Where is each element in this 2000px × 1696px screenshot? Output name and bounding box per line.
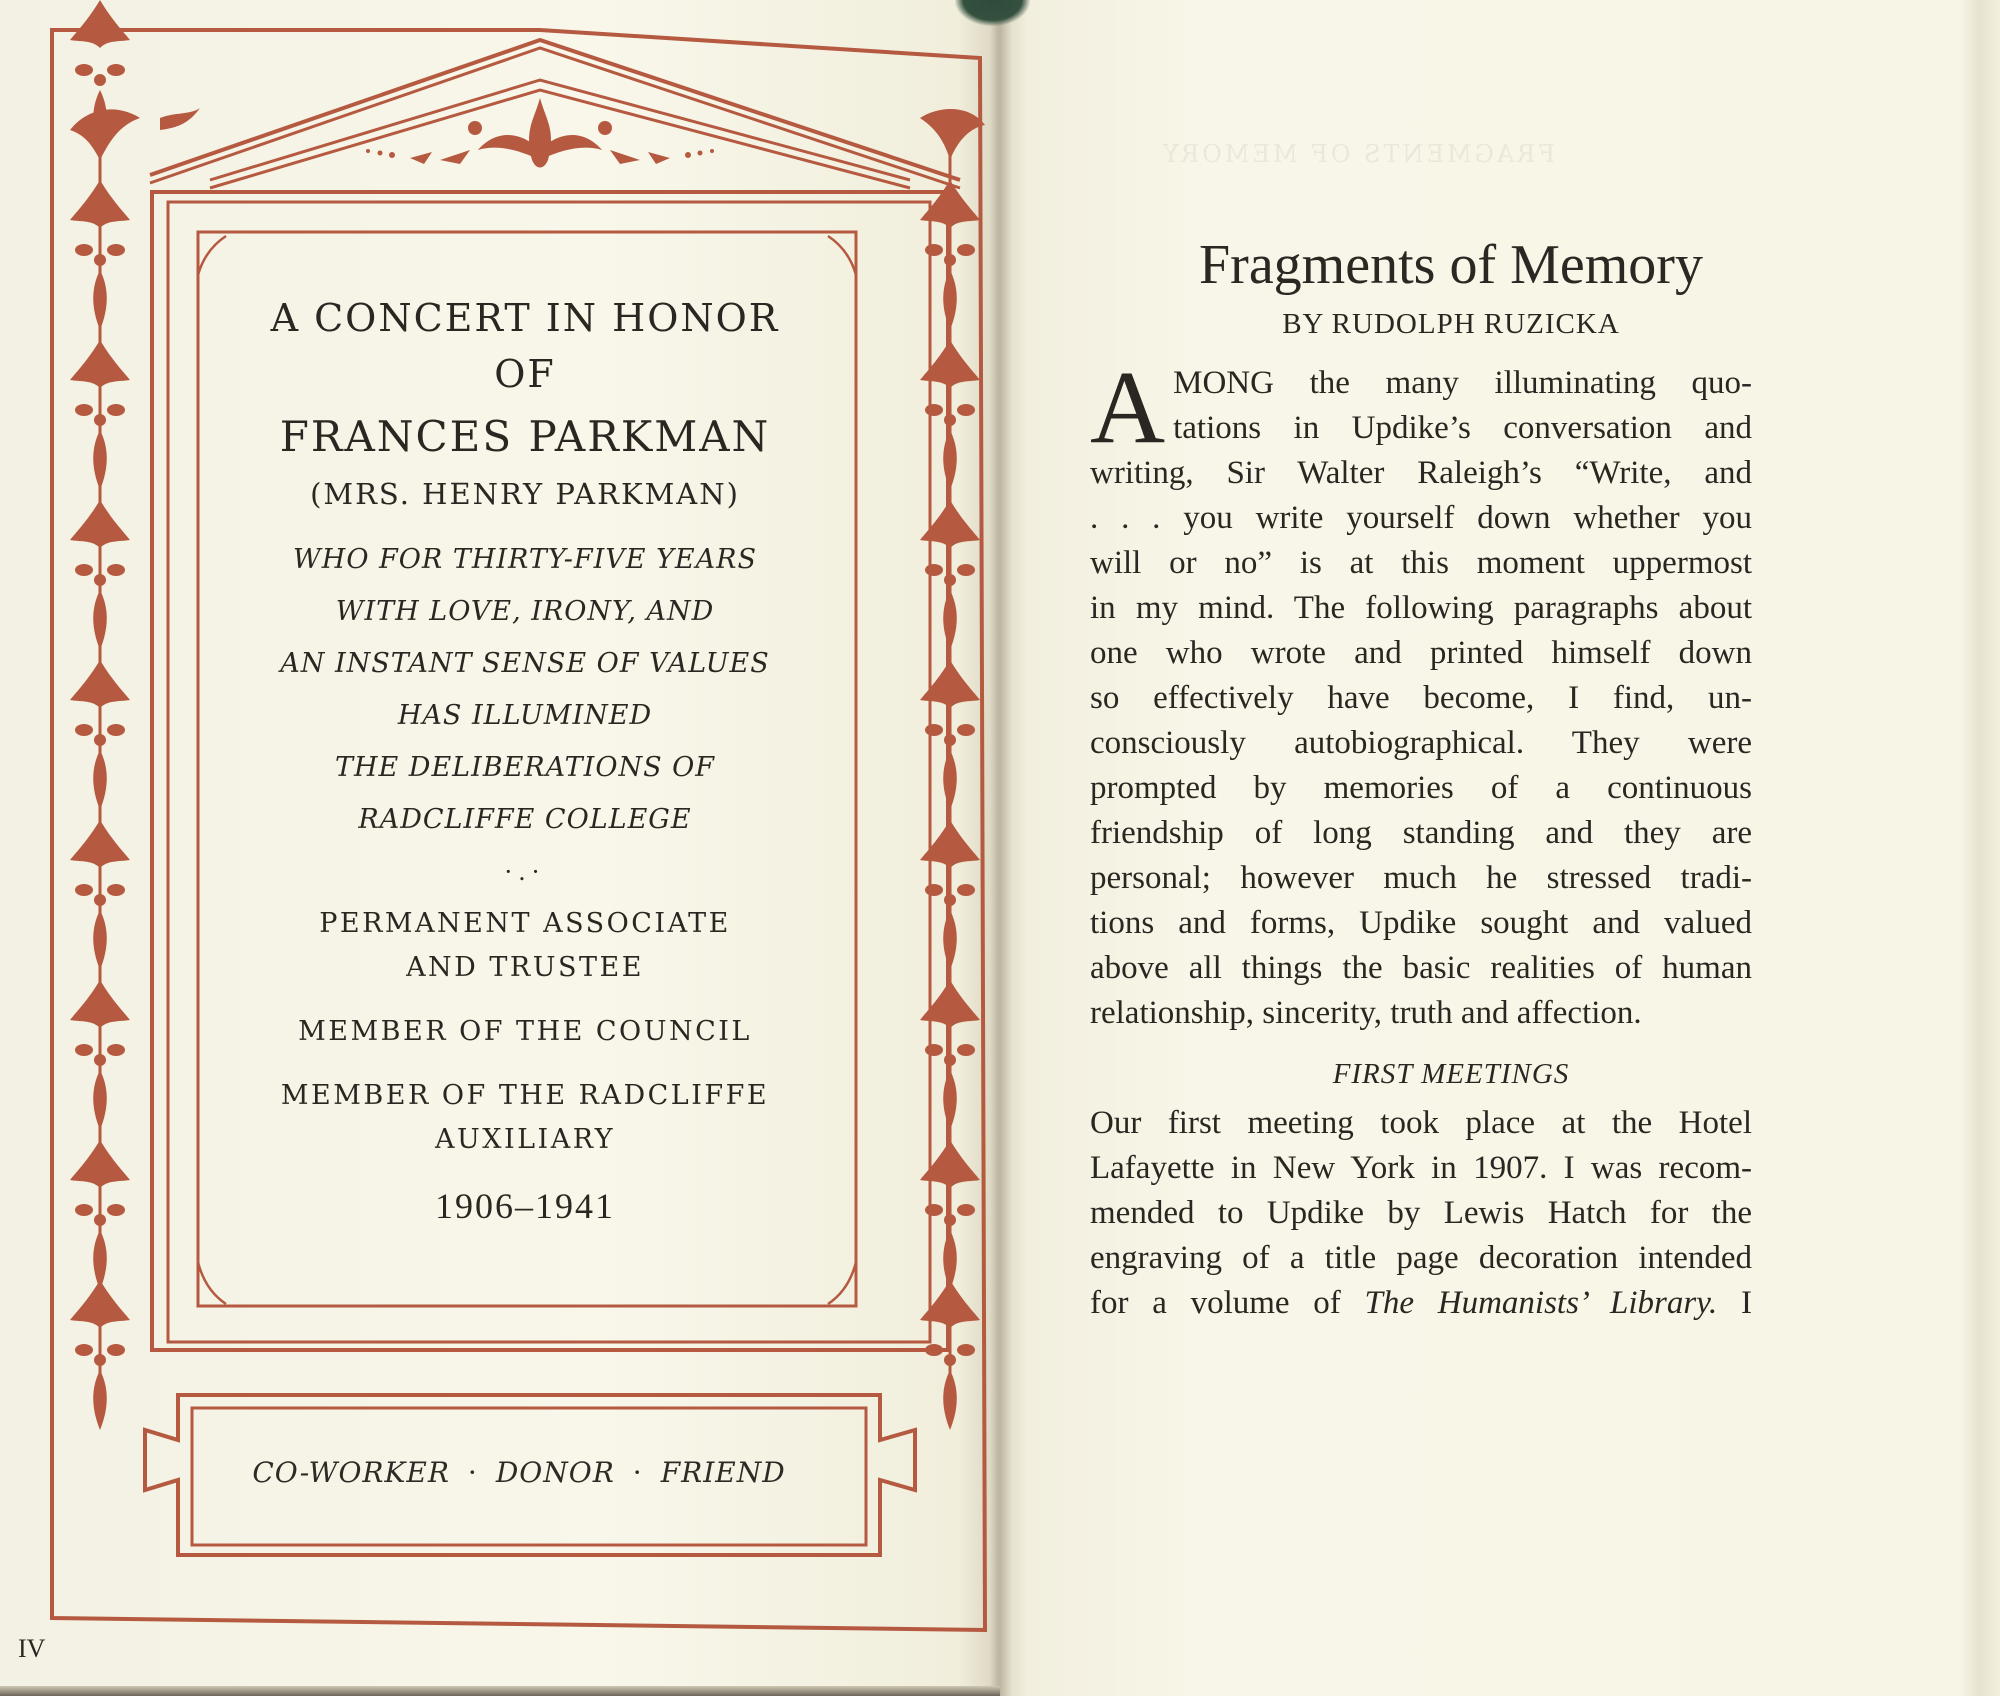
role-line: MEMBER OF THE COUNCIL — [200, 1010, 850, 1054]
tagline-item: DONOR — [496, 1456, 615, 1489]
tribute-line: THE DELIBERATIONS OF — [200, 742, 850, 794]
text-line: in my mind. The following paragraphs abo… — [1090, 586, 1752, 631]
text-line: Lafayette in New York in 1907. I was rec… — [1090, 1146, 1752, 1191]
honoree-name: FRANCES PARKMAN — [200, 402, 850, 472]
text-line: engraving of a title page decoration int… — [1090, 1236, 1752, 1281]
role-line: AND TRUSTEE — [200, 946, 850, 990]
role-line: PERMANENT ASSOCIATE — [200, 902, 850, 946]
dedication-of: OF — [200, 346, 850, 402]
text-line: one who wrote and printed himself down — [1090, 631, 1752, 676]
text-line: will or no” is at this moment uppermost — [1090, 541, 1752, 586]
text-line: . . . you write yourself down whether yo… — [1090, 496, 1752, 541]
book-spread: FRAGMENTS OF MEMORY — [0, 0, 2000, 1696]
tagline-separator: · — [468, 1456, 478, 1489]
dedication-heading: A CONCERT IN HONOR — [200, 290, 850, 346]
tagline-separator: · — [633, 1456, 643, 1489]
drop-cap: A — [1090, 367, 1165, 449]
role-line: AUXILIARY — [200, 1118, 850, 1162]
text-line: above all things the basic realities of … — [1090, 946, 1752, 991]
text-fragment: I — [1717, 1285, 1752, 1321]
section-heading: FIRST MEETINGS — [1150, 1058, 1752, 1091]
tribute-line: HAS ILLUMINED — [200, 690, 850, 742]
role-line: MEMBER OF THE RADCLIFFE — [200, 1074, 850, 1118]
tribute-line: AN INSTANT SENSE OF VALUES — [200, 638, 850, 690]
text-line: Our first meeting took place at the Hote… — [1090, 1101, 1752, 1146]
text-line: friendship of long standing and they are — [1090, 811, 1752, 856]
tagline-item: FRIEND — [661, 1456, 786, 1489]
text-line: personal; however much he stressed tradi… — [1090, 856, 1752, 901]
text-fragment: for a volume of — [1090, 1285, 1365, 1321]
text-line: for a volume of The Humanists’ Library. … — [1090, 1281, 1752, 1326]
service-years: 1906–1941 — [200, 1176, 850, 1236]
tribute-line: RADCLIFFE COLLEGE — [200, 794, 850, 846]
book-title-italic: The Humanists’ Library. — [1365, 1285, 1718, 1321]
dedication-block: A CONCERT IN HONOR OF FRANCES PARKMAN (M… — [200, 290, 850, 1236]
text-line: mended to Updike by Lewis Hatch for the — [1090, 1191, 1752, 1236]
article-title: Fragments of Memory — [1150, 232, 1752, 298]
text-line: so effectively have become, I find, un- — [1090, 676, 1752, 721]
tribute-line: WHO FOR THIRTY-FIVE YEARS — [200, 534, 850, 586]
bleed-through-text: FRAGMENTS OF MEMORY — [1160, 140, 1555, 168]
text-line: MONG the many illuminating quo- — [1090, 361, 1752, 406]
text-line: prompted by memories of a continuous — [1090, 766, 1752, 811]
text-line: consciously autobiographical. They were — [1090, 721, 1752, 766]
tribute-line: WITH LOVE, IRONY, AND — [200, 586, 850, 638]
tagline-banner: CO-WORKER·DONOR·FRIEND — [208, 1456, 830, 1489]
text-line: relationship, sincerity, truth and affec… — [1090, 991, 1752, 1036]
text-line: tions and forms, Updike sought and value… — [1090, 901, 1752, 946]
asterism-ornament: ·.· — [200, 860, 850, 884]
honoree-alias: (MRS. HENRY PARKMAN) — [200, 472, 850, 516]
article: Fragments of Memory BY RUDOLPH RUZICKA A… — [1090, 232, 1752, 1326]
left-garland — [70, 108, 200, 1420]
text-line: tations in Updike’s conversation and — [1090, 406, 1752, 451]
page-number: IV — [18, 1634, 45, 1664]
paragraph-1: A MONG the many illuminating quo- tation… — [1090, 361, 1752, 1036]
text-line: writing, Sir Walter Raleigh’s “Write, an… — [1090, 451, 1752, 496]
paragraph-2: Our first meeting took place at the Hote… — [1090, 1101, 1752, 1326]
article-byline: BY RUDOLPH RUZICKA — [1150, 308, 1752, 341]
tagline-item: CO-WORKER — [252, 1456, 450, 1489]
